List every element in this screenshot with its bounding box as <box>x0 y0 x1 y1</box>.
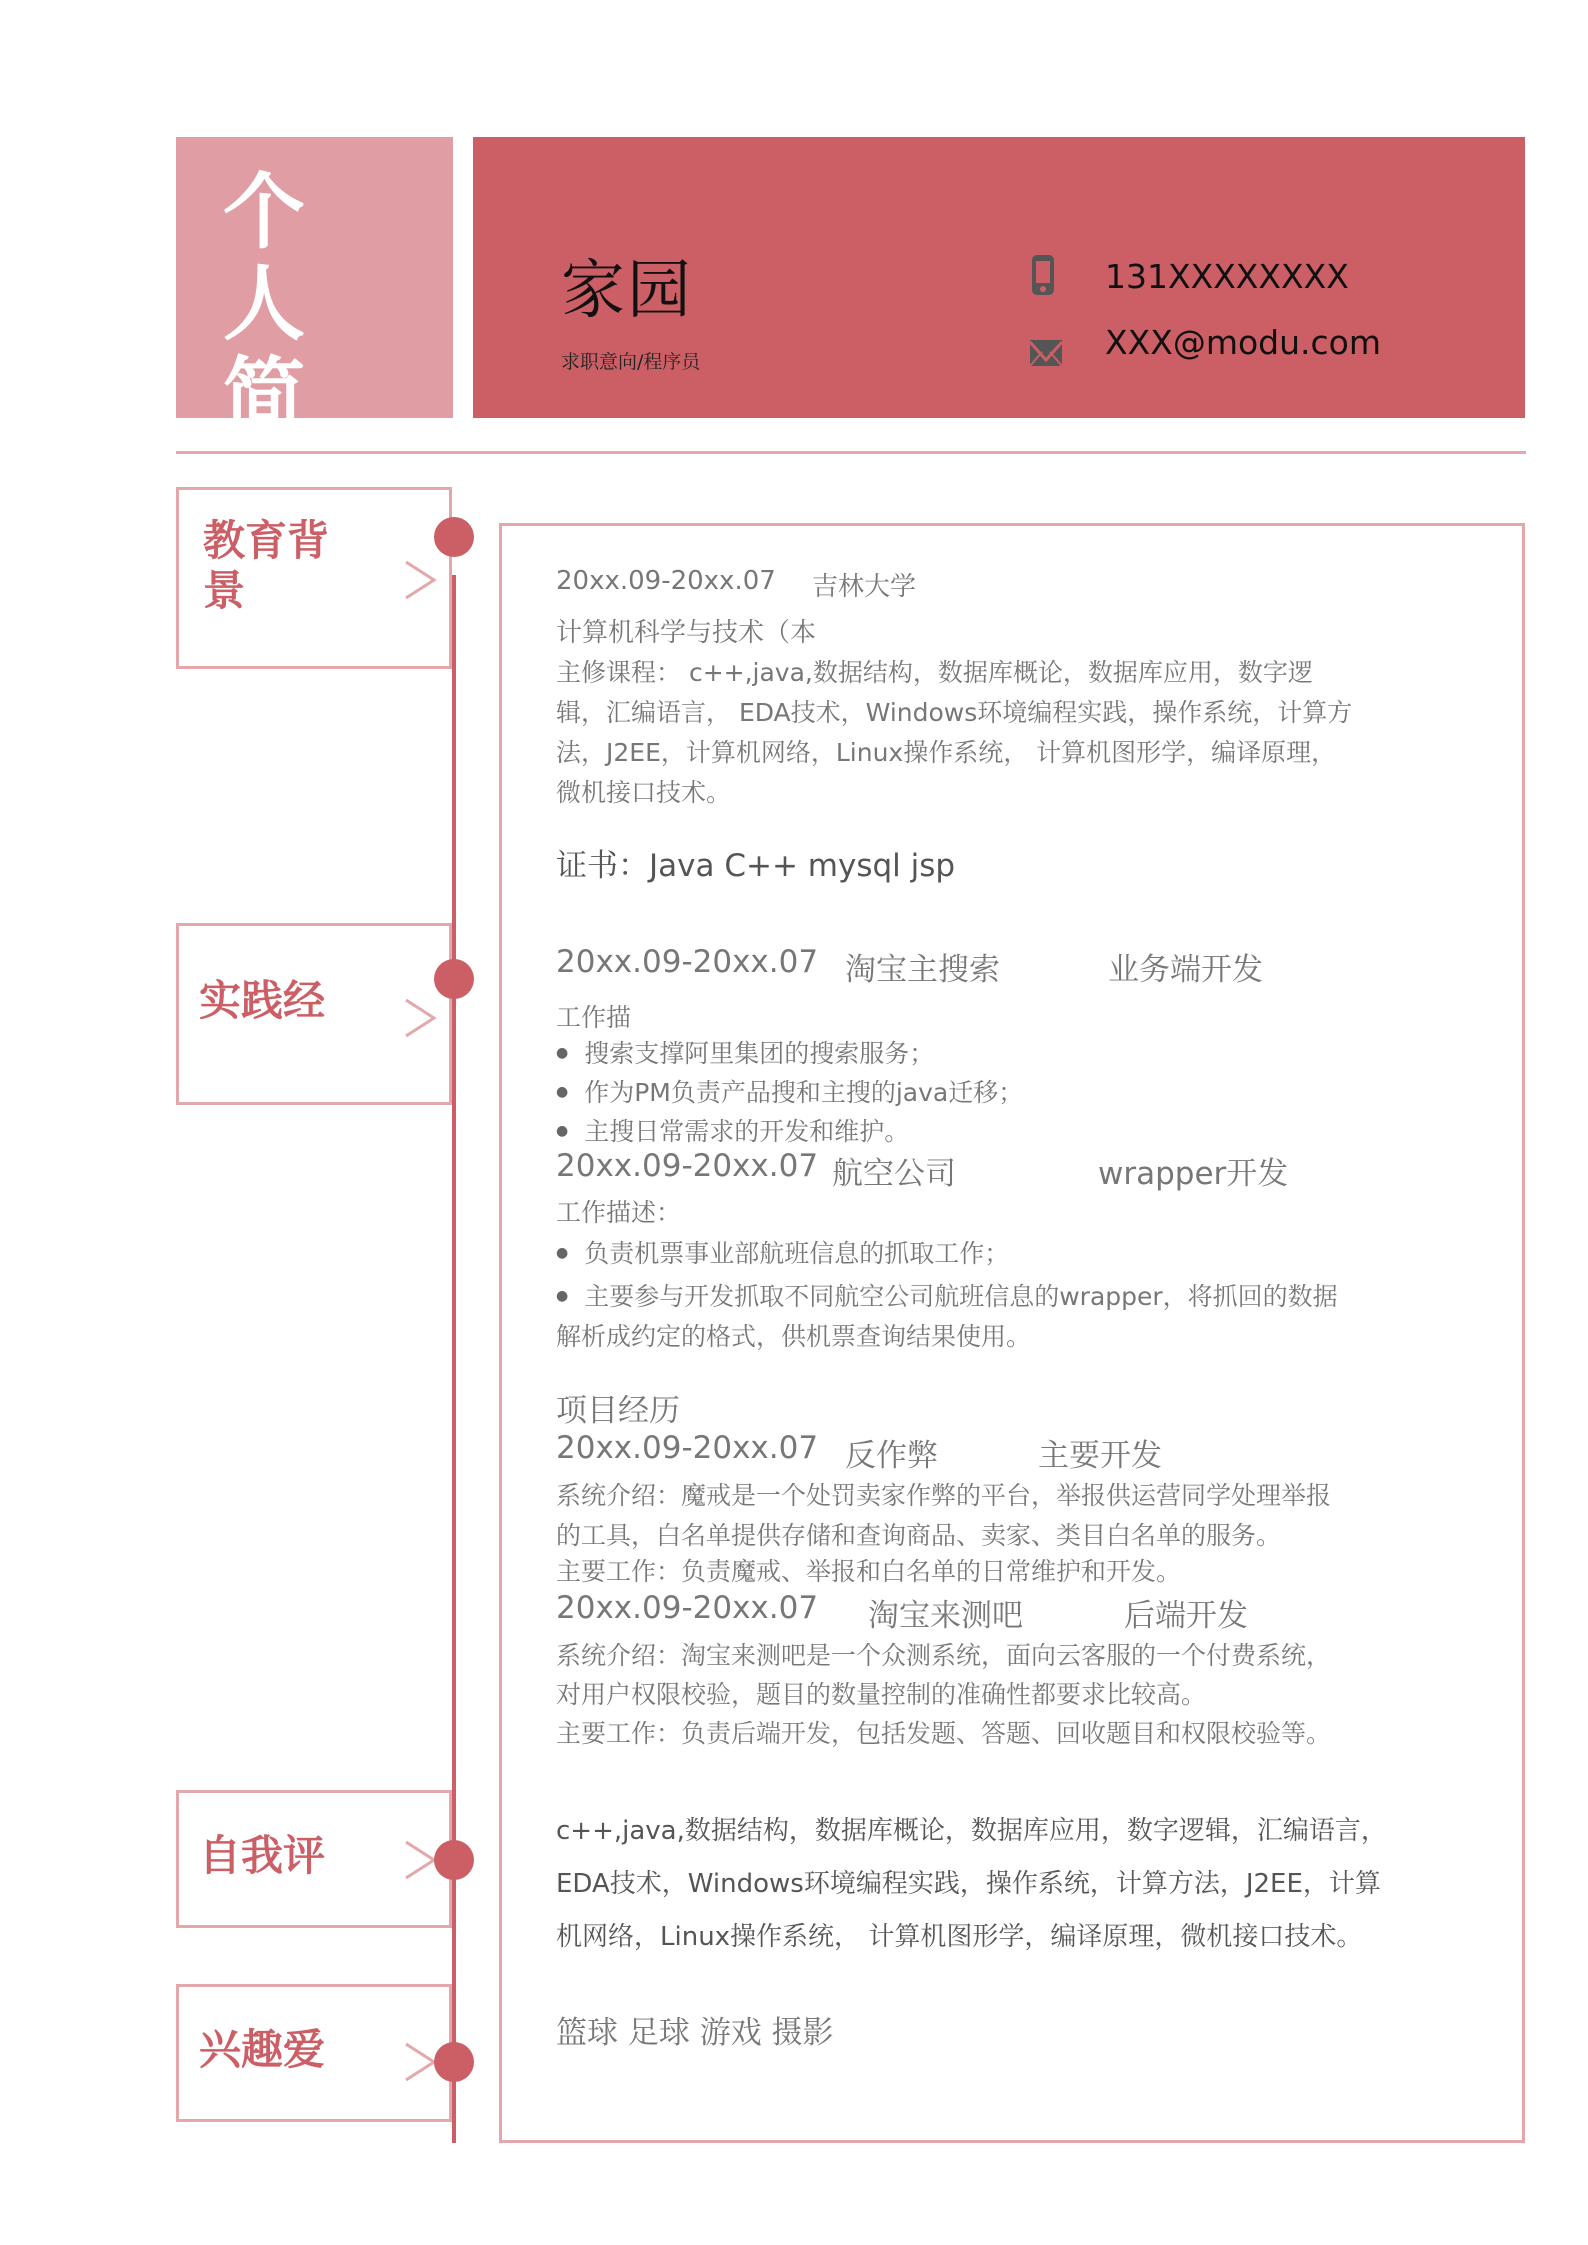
pointer-arrow-icon <box>404 1840 438 1880</box>
email-address: XXX@modu.com <box>1105 323 1381 362</box>
edu-courses-line: 主修课程： c++,java,数据结构，数据库概论，数据库应用，数字逻 <box>556 653 1313 689</box>
project-role: 主要开发 <box>1038 1430 1162 1475</box>
job-desc-label: 工作描述： <box>556 1193 681 1229</box>
self-eval-line: EDA技术，Windows环境编程实践，操作系统，计算方法，J2EE，计算 <box>556 1863 1381 1900</box>
section-label-text: 自我评 <box>199 1831 325 1881</box>
job-bullet: 作为PM负责产品搜和主搜的java迁移； <box>556 1073 1023 1109</box>
certificates: 证书：Java C++ mysql jsp <box>556 840 955 885</box>
pointer-arrow-icon <box>404 998 438 1038</box>
timeline-dot <box>434 2042 474 2082</box>
header-divider <box>176 451 1526 454</box>
job-company: 航空公司 <box>832 1148 956 1193</box>
envelope-icon <box>1030 340 1062 366</box>
title-char: 人 <box>219 259 309 351</box>
job-bullet: 负责机票事业部航班信息的抓取工作； <box>556 1234 1009 1270</box>
edu-courses-line: 微机接口技术。 <box>556 773 731 809</box>
job-intent: 求职意向/程序员 <box>561 347 700 374</box>
title-char: 个 <box>219 167 309 259</box>
section-label-text: 景 <box>203 566 245 616</box>
job-bullet: 搜索支撑阿里集团的搜索服务； <box>556 1034 934 1070</box>
hobbies-text: 篮球 足球 游戏 摄影 <box>556 2007 834 2052</box>
job-period: 20xx.09-20xx.07 <box>556 1148 818 1184</box>
job-role: 业务端开发 <box>1108 944 1263 989</box>
project-line: 系统介绍：淘宝来测吧是一个众测系统，面向云客服的一个付费系统， <box>556 1636 1331 1672</box>
edu-courses-line: 辑，汇编语言， EDA技术，Windows环境编程实践，操作系统，计算方 <box>556 693 1352 729</box>
header-banner: 家园 求职意向/程序员 131XXXXXXXX XXX@modu.com <box>473 137 1525 418</box>
edu-period: 20xx.09-20xx.07 <box>556 566 776 596</box>
timeline-dot <box>434 959 474 999</box>
project-line: 的工具，白名单提供存储和查询商品、卖家、类目白名单的服务。 <box>556 1516 1281 1552</box>
timeline-line <box>452 575 456 2143</box>
phone-number: 131XXXXXXXX <box>1105 257 1349 296</box>
projects-title: 项目经历 <box>556 1385 680 1430</box>
pointer-arrow-icon <box>404 560 438 600</box>
project-line: 对用户权限校验，题目的数量控制的准确性都要求比较高。 <box>556 1675 1206 1711</box>
project-name: 淘宝来测吧 <box>868 1590 1023 1635</box>
resume-title: 个 人 简 <box>219 167 309 418</box>
candidate-name: 家园 <box>561 239 693 331</box>
project-line: 主要工作：负责魔戒、举报和白名单的日常维护和开发。 <box>556 1552 1181 1588</box>
project-role: 后端开发 <box>1124 1590 1248 1635</box>
resume-title-block: 个 人 简 <box>176 137 453 418</box>
self-eval-line: 机网络，Linux操作系统， 计算机图形学，编译原理，微机接口技术。 <box>556 1916 1362 1953</box>
section-label-text: 教育背 <box>203 516 329 566</box>
job-role: wrapper开发 <box>1098 1148 1288 1193</box>
mobile-phone-icon <box>1032 255 1054 295</box>
edu-courses-line: 法，J2EE，计算机网络，Linux操作系统， 计算机图形学，编译原理， <box>556 733 1336 769</box>
job-period: 20xx.09-20xx.07 <box>556 944 818 980</box>
project-line: 系统介绍：魔戒是一个处罚卖家作弊的平台，举报供运营同学处理举报 <box>556 1476 1331 1512</box>
section-label-text: 实践经 <box>199 976 325 1026</box>
job-bullet-continuation: 解析成约定的格式，供机票查询结果使用。 <box>556 1317 1031 1353</box>
timeline-dot <box>434 517 474 557</box>
edu-school: 吉林大学 <box>812 566 916 603</box>
job-bullet: 主要参与开发抓取不同航空公司航班信息的wrapper，将抓回的数据 <box>556 1277 1338 1313</box>
self-eval-line: c++,java,数据结构，数据库概论，数据库应用，数字逻辑，汇编语言， <box>556 1810 1387 1847</box>
pointer-arrow-icon <box>404 2042 438 2082</box>
timeline-dot <box>434 1840 474 1880</box>
project-period: 20xx.09-20xx.07 <box>556 1590 818 1626</box>
project-name: 反作弊 <box>845 1430 938 1475</box>
job-company: 淘宝主搜索 <box>845 944 1000 989</box>
title-char: 简 <box>219 351 309 418</box>
job-bullet: 主搜日常需求的开发和维护。 <box>556 1112 909 1148</box>
edu-major: 计算机科学与技术（本 <box>556 612 816 649</box>
job-desc-label: 工作描 <box>556 998 631 1034</box>
project-line: 主要工作：负责后端开发，包括发题、答题、回收题目和权限校验等。 <box>556 1714 1331 1750</box>
section-label-text: 兴趣爱 <box>199 2025 325 2075</box>
project-period: 20xx.09-20xx.07 <box>556 1430 818 1466</box>
